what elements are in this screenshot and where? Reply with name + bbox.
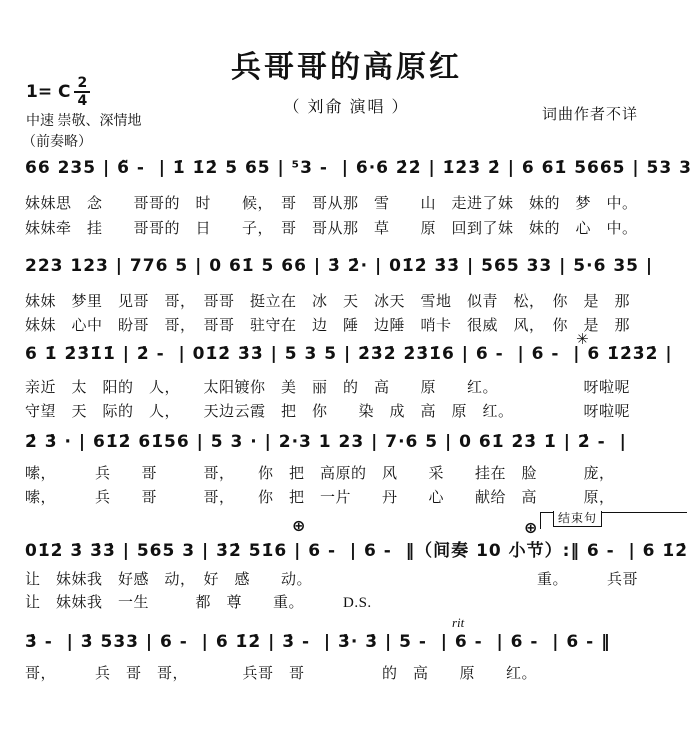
lyric-line-1a: 妹妹思 念 哥哥的 时 候， 哥 哥从那 雪 山 走进了妹 妹的 梦 中。 [25,192,689,213]
lyric-line-2b: 妹妹 心中 盼哥 哥， 哥哥 驻守在 边 陲 边陲 哨卡 很威 风， 你 是 那 [25,314,689,335]
lyric-line-4a: 嗦， 兵 哥 哥， 你 把 高原的 风 采 挂在 脸 庞， [25,462,689,483]
meter-denominator: 4 [74,93,90,108]
notation-line-4: 2̇ 3̇ · | 61̇2̇ 61̇56 | 5 3 · | 2·3 1 23… [25,432,689,452]
prelude-note: （前奏略） [22,131,92,151]
lyric-line-2a: 妹妹 梦里 见哥 哥， 哥哥 挺立在 冰 天 冰天 雪地 似青 松， 你 是 那 [25,290,689,311]
notation-line-1: 66 235 | 6̃ - | 1̇ 1̇2̇ 5 65 | ⁵3 - | 6·… [25,158,689,178]
time-signature: 24 [74,76,90,108]
key-label: 1= C [26,82,70,102]
tempo-marking: 中速 崇敬、深情地 [26,110,142,130]
notation-line-3: 6 1̇ 2̇3̇1̇1̇ | 2̇ - | 01̇2̇ 3̇3̇ | 5 3 … [25,344,689,364]
lyric-line-5b: 让 妹妹我 一生 都 尊 重。 D.S. [25,591,689,612]
lyric-line-3a: 亲近 太 阳的 人， 太阳镀你 美 丽 的 高 原 红。 呀啦呢 [25,376,689,397]
composer-credit: 词曲作者不详 [542,103,638,124]
meter-numerator: 2 [74,76,90,93]
lyric-line-1b: 妹妹牵 挂 哥哥的 日 子， 哥 哥从那 草 原 回到了妹 妹的 心 中。 [25,217,689,238]
sheet-music-page: 兵哥哥的高原红 （ 刘俞 演唱 ） 1= C24 中速 崇敬、深情地 （前奏略）… [0,0,693,746]
lyric-line-5a: 让 妹妹我 好感 动， 好 感 动。 重。 兵哥 [25,568,689,589]
lyric-line-3b: 守望 天 际的 人， 天边云霞 把 你 染 成 高 原 红。 呀啦呢 [25,400,689,421]
notation-line-2: 223 123 | 776 5 | 0 61̇ 5 66 | 3̇ 2̇· | … [25,256,689,276]
coda-icon: ⊕ [292,516,305,535]
ritardando-marking: rit [452,615,464,631]
lyric-line-6: 哥， 兵 哥 哥， 兵哥 哥 的 高 原 红。 [25,662,689,683]
lyric-line-4b: 嗦， 兵 哥 哥， 你 把 一片 丹 心 献给 高 原， [25,486,689,507]
coda-icon: ⊕ [524,518,537,537]
ending-phrase-bracket: 结束句 [540,512,687,529]
song-title: 兵哥哥的高原红 [0,42,693,86]
notation-line-5: 01̇2̇ 3̇ 3̇3̇ | 565 3 | 3̇2̇ 51̇6 | 6 - … [25,536,689,561]
key-signature: 1= C24 [26,76,90,108]
notation-line-6: 3̇ - | 3̇ 533 | 6 - | 6 1̇2̇ | 3̇ - | 3̇… [25,632,689,652]
ending-phrase-label: 结束句 [553,511,602,527]
